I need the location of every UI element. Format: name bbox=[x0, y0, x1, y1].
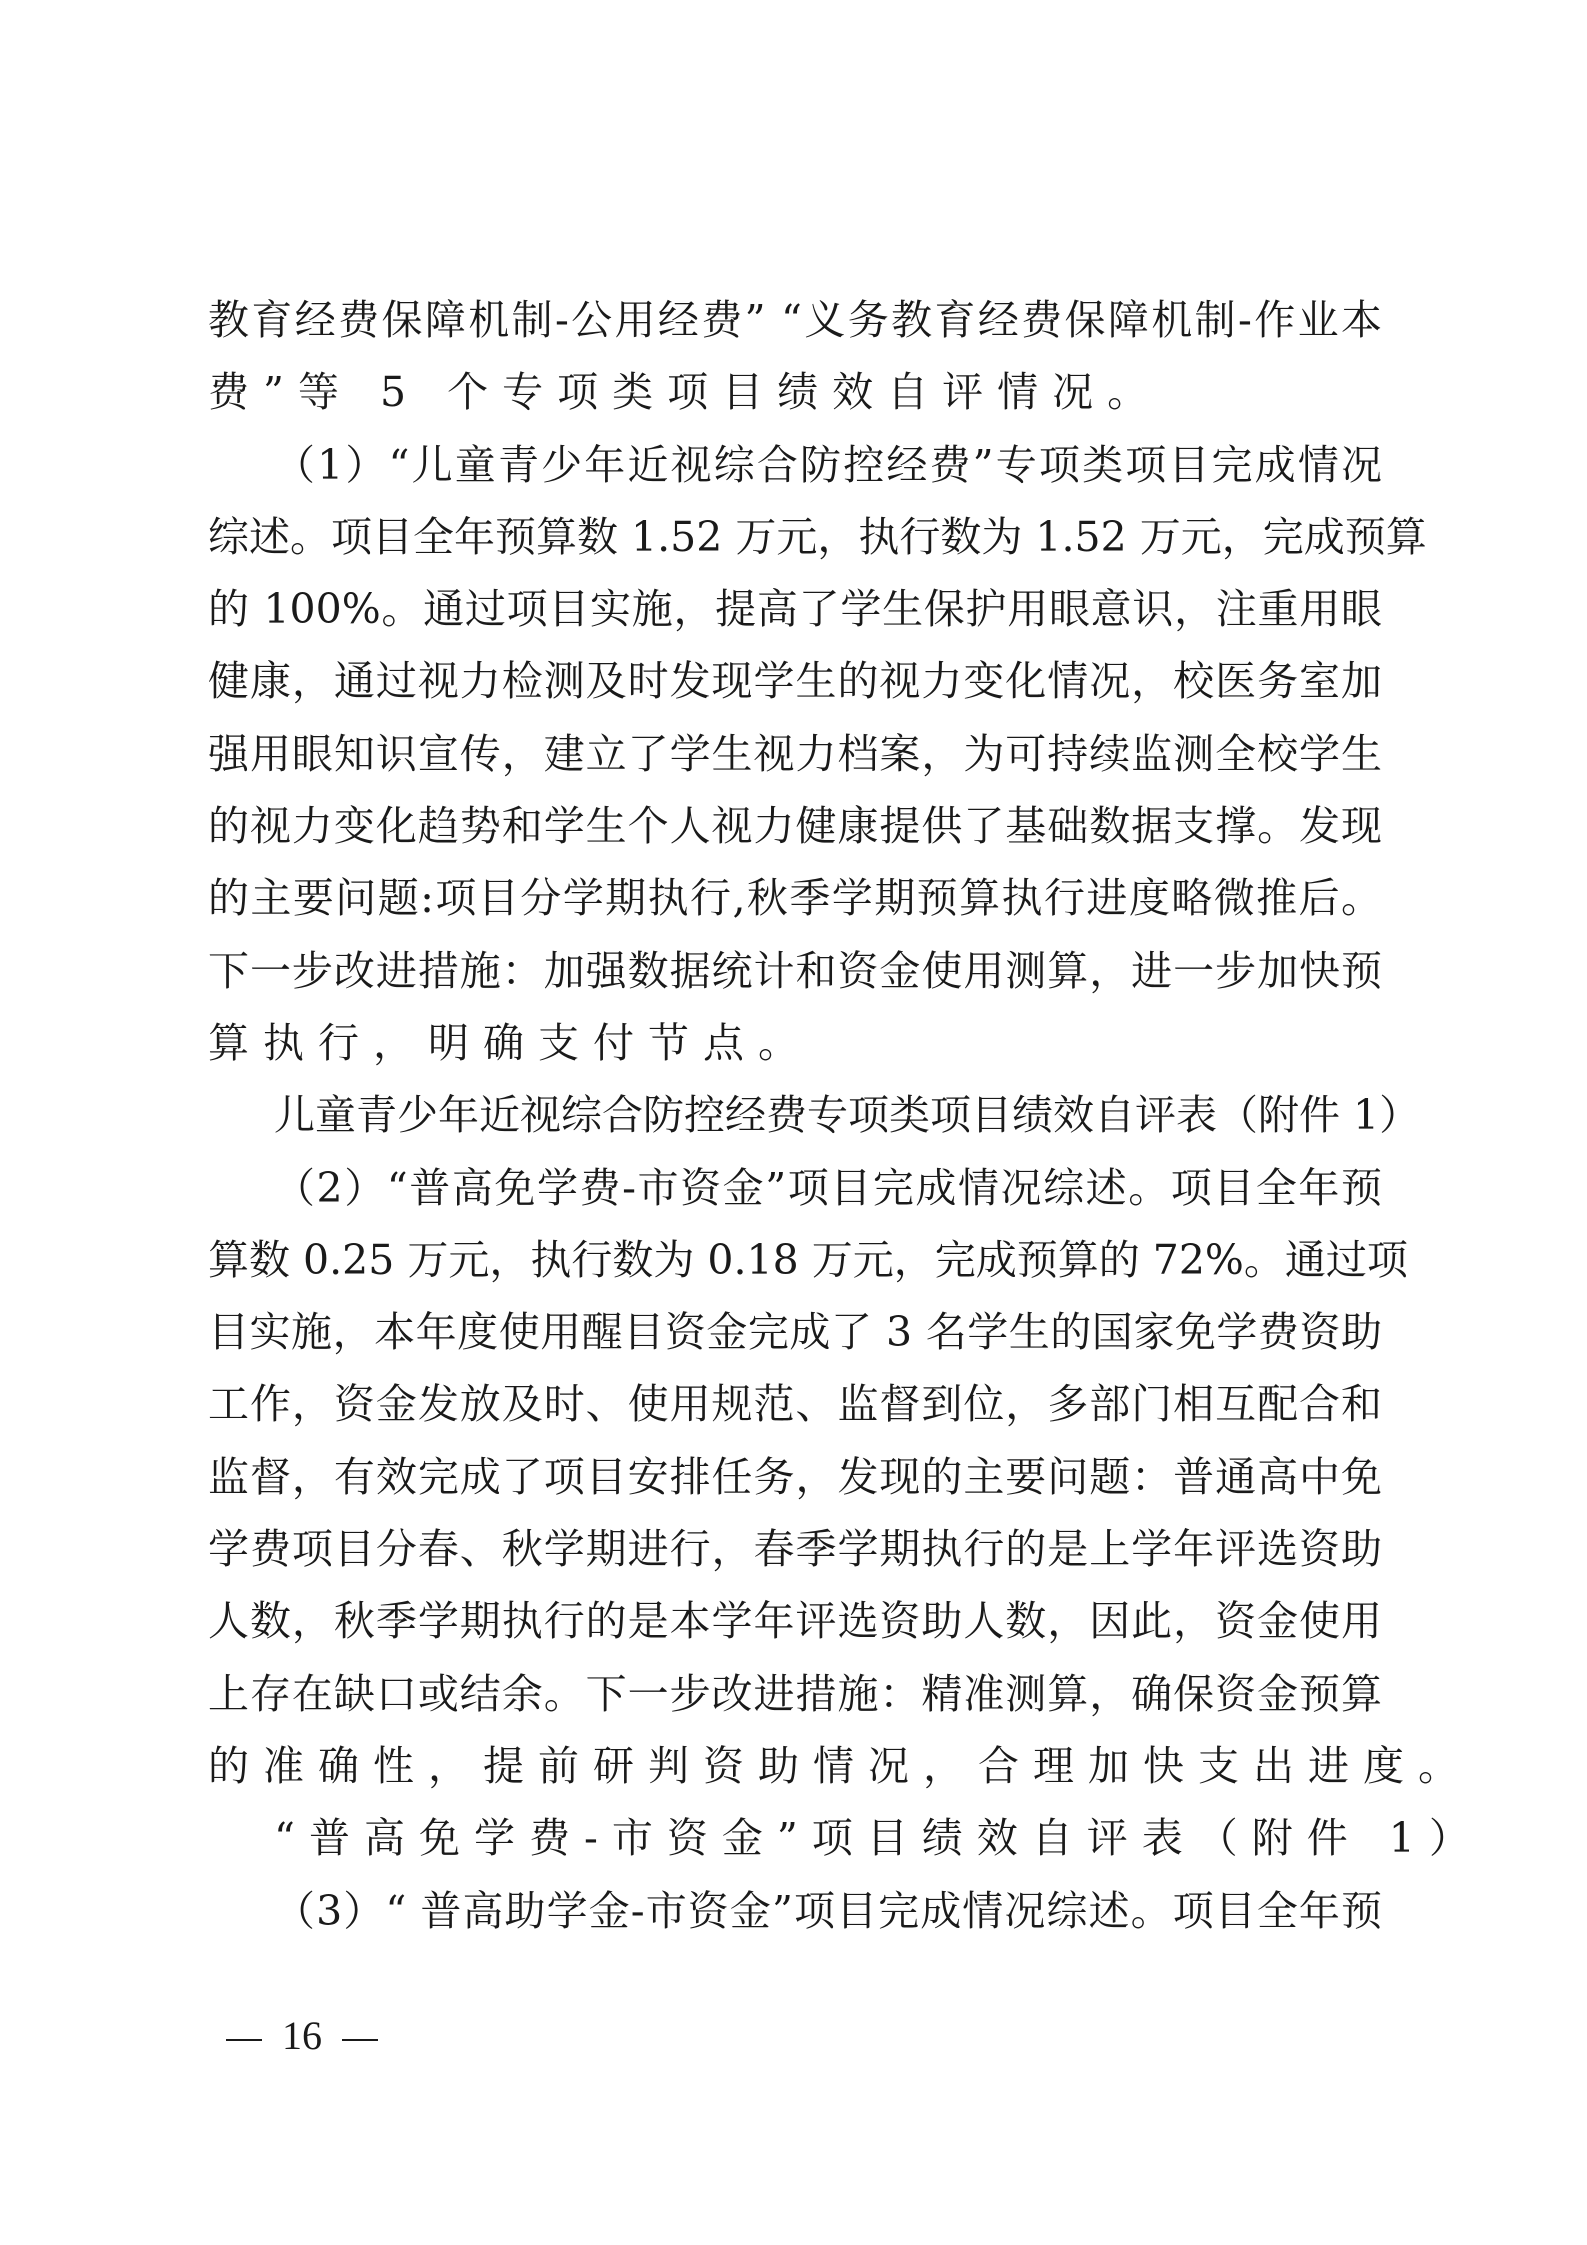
text-line: 上存在缺口或结余。下一步改进措施：精准测算，确保资金预算 bbox=[208, 1658, 1382, 1730]
text-line: 人数，秋季学期执行的是本学年评选资助人数，因此，资金使用 bbox=[208, 1585, 1382, 1657]
text-line: 综述。项目全年预算数 1.52 万元，执行数为 1.52 万元，完成预算 bbox=[208, 501, 1382, 573]
item-2-heading-line: （2）“普高免学费-市资金”项目完成情况综述。项目全年预 bbox=[208, 1152, 1382, 1224]
text-line: 下一步改进措施：加强数据统计和资金使用测算，进一步加快预 bbox=[208, 935, 1382, 1007]
text-line: 算执行，明确支付节点。 bbox=[208, 1007, 1382, 1079]
item-3-heading-line: （3）“ 普高助学金-市资金”项目完成情况综述。项目全年预 bbox=[208, 1875, 1382, 1947]
text-line: 目实施，本年度使用醒目资金完成了 3 名学生的国家免学费资助 bbox=[208, 1296, 1382, 1368]
document-page: 教育经费保障机制-公用经费” “义务教育经费保障机制-作业本 费”等 5 个专项… bbox=[0, 0, 1587, 2245]
text-line: 学费项目分春、秋学期进行，春季学期执行的是上学年评选资助 bbox=[208, 1513, 1382, 1585]
text-line: 监督，有效完成了项目安排任务，发现的主要问题：普通高中免 bbox=[208, 1441, 1382, 1513]
text-line: 算数 0.25 万元，执行数为 0.18 万元，完成预算的 72%。通过项 bbox=[208, 1224, 1382, 1296]
text-line: 的 100%。通过项目实施，提高了学生保护用眼意识，注重用眼 bbox=[208, 573, 1382, 645]
text-line: 教育经费保障机制-公用经费” “义务教育经费保障机制-作业本 bbox=[208, 284, 1382, 356]
attachment-reference: 儿童青少年近视综合防控经费专项类项目绩效自评表（附件 1） bbox=[208, 1079, 1382, 1151]
footer-dash-right bbox=[342, 2039, 378, 2041]
text-line: 健康，通过视力检测及时发现学生的视力变化情况，校医务室加 bbox=[208, 645, 1382, 717]
item-1-heading-line: （1）“儿童青少年近视综合防控经费”专项类项目完成情况 bbox=[208, 429, 1382, 501]
text-line: 强用眼知识宣传，建立了学生视力档案，为可持续监测全校学生 bbox=[208, 718, 1382, 790]
body-text: 教育经费保障机制-公用经费” “义务教育经费保障机制-作业本 费”等 5 个专项… bbox=[208, 284, 1382, 1947]
text-line: 的准确性，提前研判资助情况，合理加快支出进度。 bbox=[208, 1730, 1382, 1802]
text-line: 工作，资金发放及时、使用规范、监督到位，多部门相互配合和 bbox=[208, 1368, 1382, 1440]
text-line: 的视力变化趋势和学生个人视力健康提供了基础数据支撑。发现 bbox=[208, 790, 1382, 862]
footer-dash-left bbox=[226, 2039, 262, 2041]
attachment-reference: “普高免学费-市资金”项目绩效自评表（附件 1） bbox=[208, 1802, 1382, 1874]
text-line: 费”等 5 个专项类项目绩效自评情况。 bbox=[208, 356, 1382, 428]
page-number: 16 bbox=[282, 2012, 322, 2059]
page-footer: 16 bbox=[206, 2012, 398, 2059]
text-line: 的主要问题:项目分学期执行,秋季学期预算执行进度略微推后。 bbox=[208, 862, 1382, 934]
